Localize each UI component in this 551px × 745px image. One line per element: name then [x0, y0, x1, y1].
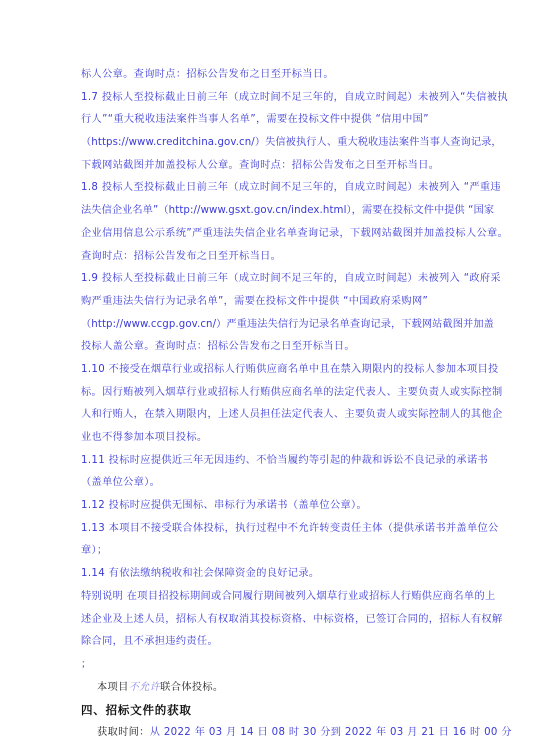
clause-1-13: 1.13 本项目不接受联合体投标，执行过程中不允许转变责任主体（提供承诺书并盖单… — [81, 518, 481, 541]
joint-bid-value: 不允许 — [129, 682, 161, 693]
text-line: 除合同，且不承担违约责任。 — [81, 631, 481, 654]
joint-bid-prefix: 本项目 — [97, 682, 129, 693]
joint-bid-statement: 本项目不允许联合体投标。 — [81, 677, 481, 700]
text-line: （盖单位公章）。 — [81, 472, 481, 495]
acquisition-value: 从 2022 年 03 月 14 日 08 时 30 分到 2022 年 03 … — [150, 727, 512, 738]
text-line: 企业信用信息公示系统”严重违法失信企业名单查询记录，下载网站截图并加盖投标人公章… — [81, 223, 481, 246]
text-line: （http://www.ccgp.gov.cn/）严重违法失信行为记录名单查询记… — [81, 314, 481, 337]
clause-1-10: 1.10 不接受在烟草行业或招标人行贿供应商名单中且在禁入期限内的投标人参加本项… — [81, 359, 481, 382]
joint-bid-suffix: 联合体投标。 — [160, 682, 223, 693]
text-line: 述企业及上述人员，招标人有权取消其投标资格、中标资格，已签订合同的，招标人有权解 — [81, 609, 481, 632]
special-note: 特别说明 在项目招投标期间或合同履行期间被列入烟草行业或招标人行贿供应商名单的上 — [81, 586, 481, 609]
text-line: 标。因行贿被列入烟草行业或招标人行贿供应商名单的法定代表人、主要负责人或实际控制 — [81, 382, 481, 405]
text-line: 下载网站截图并加盖投标人公章。查询时点：招标公告发布之日至开标当日。 — [81, 155, 481, 178]
text-line: 投标人盖公章。查询时点：招标公告发布之日至开标当日。 — [81, 336, 481, 359]
clause-1-14: 1.14 有依法缴纳税收和社会保障资金的良好记录。 — [81, 563, 481, 586]
text-line: 标人公章。查询时点：招标公告发布之日至开标当日。 — [81, 64, 481, 87]
clause-1-12: 1.12 投标时应提供无围标、串标行为承诺书（盖单位公章）。 — [81, 495, 481, 518]
acquisition-time: 获取时间：从 2022 年 03 月 14 日 08 时 30 分到 2022 … — [81, 722, 481, 745]
section-heading: 四、招标文件的获取 — [81, 699, 481, 722]
text-line: 人和行贿人，在禁入期限内，上述人员担任法定代表人、主要负责人或实际控制人的其他企 — [81, 404, 481, 427]
text-line: （https://www.creditchina.gov.cn/）失信被执行人、… — [81, 132, 481, 155]
text-line: 行人”“重大税收违法案件当事人名单”，需要在投标文件中提供 “信用中国” — [81, 109, 481, 132]
text-line: 购严重违法失信行为记录名单”，需要在投标文件中提供 “中国政府采购网” — [81, 291, 481, 314]
clause-1-9: 1.9 投标人至投标截止日前三年（成立时间不足三年的，自成立时间起）未被列入 “… — [81, 268, 481, 291]
document-page: 标人公章。查询时点：招标公告发布之日至开标当日。 1.7 投标人至投标截止日前三… — [81, 64, 481, 745]
clause-1-8: 1.8 投标人至投标截止日前三年（成立时间不足三年的，自成立时间起）未被列入 “… — [81, 177, 481, 200]
acquisition-label: 获取时间： — [97, 727, 150, 738]
text-line: 查询时点：招标公告发布之日至开标当日。 — [81, 246, 481, 269]
text-line: 业也不得参加本项目投标。 — [81, 427, 481, 450]
text-line: ； — [81, 654, 481, 677]
clause-1-11: 1.11 投标时应提供近三年无因违约、不恰当履约等引起的仲裁和诉讼不良记录的承诺… — [81, 450, 481, 473]
text-line: 章）； — [81, 540, 481, 563]
clause-1-7: 1.7 投标人至投标截止日前三年（成立时间不足三年的，自成立时间起）未被列入“失… — [81, 87, 481, 110]
text-line: 法失信企业名单”（http://www.gsxt.gov.cn/index.ht… — [81, 200, 481, 223]
